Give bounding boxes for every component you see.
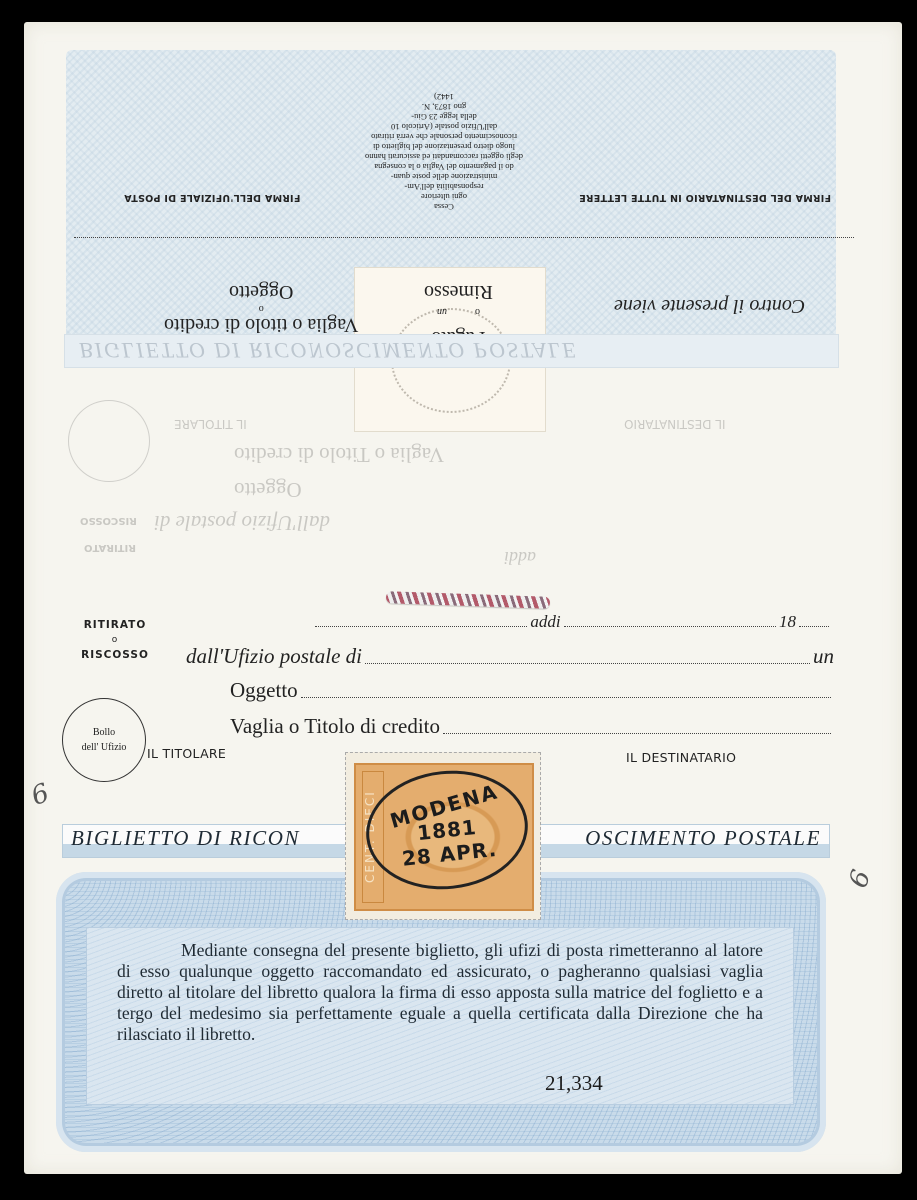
pencil-mark-right: 6: [843, 866, 877, 892]
ghost-ritirato: RITIRATO: [84, 542, 136, 553]
conditions-text-panel: Mediante consegna del presente biglietto…: [86, 927, 794, 1105]
vaglia-oggetto-upper: Vaglia o titolo di credito o Oggetto: [164, 280, 358, 336]
ufizio-line: dall'Ufizio postale di un: [186, 644, 834, 669]
serial-number: 21,334: [545, 1073, 603, 1094]
postage-stamp: CENT. DIECI MODENA 1881 28 APR.: [345, 752, 541, 920]
legal-note: Cessa ogni ulteriore responsabilità dell…: [354, 92, 534, 212]
ghost-banner: BIGLIETTO DI RICONOSCIMENTO POSTALE: [64, 334, 839, 368]
titolare-label: IL TITOLARE: [147, 746, 226, 761]
ghost-destinatario: IL DESTINATARIO: [624, 417, 726, 431]
ghost-titolare: IL TITOLARE: [174, 417, 247, 431]
binding-string: [386, 591, 550, 609]
ghost-addi: addi: [504, 547, 536, 568]
conditions-text: Mediante consegna del presente biglietto…: [117, 940, 763, 1045]
ghost-riscosso: RISCOSSO: [80, 515, 137, 526]
pencil-mark-left: 6: [27, 778, 53, 812]
upper-inverted-section: FIRMA DEL DESTINATARIO IN TUTTE LETTERE …: [24, 22, 902, 597]
vaglia-line: Vaglia o Titolo di credito: [230, 714, 834, 739]
ufizio-field[interactable]: [365, 663, 810, 664]
bollo-circle: Bollo dell' Ufizio: [62, 698, 146, 782]
document-page: FIRMA DEL DESTINATARIO IN TUTTE LETTERE …: [24, 22, 902, 1174]
destinatario-label: IL DESTINATARIO: [626, 750, 736, 765]
ritirato-riscosso-label: RITIRATO o RISCOSSO: [74, 618, 156, 663]
place-field[interactable]: [315, 626, 527, 627]
date-line: addi 18: [312, 612, 832, 632]
ghost-bollo-circle: [68, 400, 150, 482]
year-field[interactable]: [799, 626, 829, 627]
ghost-vaglia: Vaglia o Titolo di credito: [234, 442, 444, 467]
contro-label: Contro il presente viene: [614, 294, 805, 317]
ghost-oggetto: Oggetto: [234, 477, 302, 502]
ghost-ufizio: dall'Ufizio postale di: [154, 510, 330, 535]
oggetto-field[interactable]: [301, 697, 831, 698]
firma-ufiziale-label: FIRMA DELL'UFIZIALE DI POSTA: [124, 192, 300, 203]
signature-line: [74, 237, 854, 238]
oggetto-line: Oggetto: [230, 678, 834, 703]
vaglia-field[interactable]: [443, 733, 831, 734]
date-field[interactable]: [564, 626, 776, 627]
firma-destinatario-label: FIRMA DEL DESTINATARIO IN TUTTE LETTERE: [579, 192, 831, 203]
